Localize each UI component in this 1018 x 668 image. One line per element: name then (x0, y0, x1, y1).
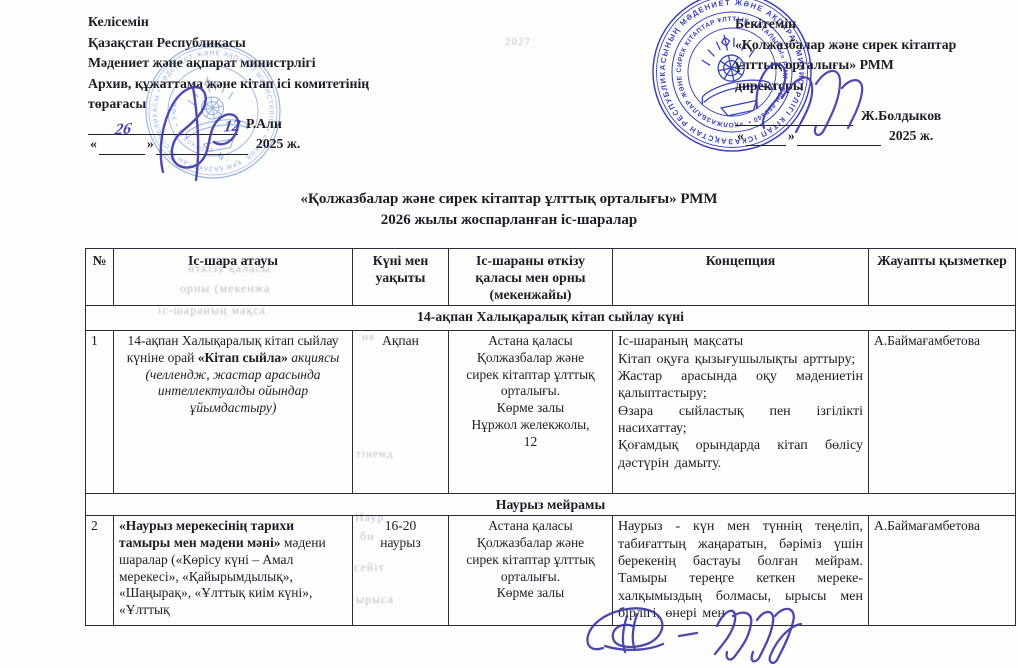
col-header-venue: Іс-шараны өткізу қаласы мен орны (мекенж… (449, 249, 613, 306)
signature-bottom-pair (575, 596, 865, 668)
col-header-responsible: Жауапты қызметкер (869, 249, 1016, 306)
col-header-num: № (86, 249, 114, 306)
row2-num: 2 (86, 516, 114, 625)
year-label-right: 2025 ж. (889, 126, 934, 147)
row1-concept-line: Жастар арасында оқу мәдениетін қалыптаст… (618, 368, 863, 403)
table-row: 1 14-ақпан Халықаралық кітап сыйлау күні… (86, 331, 1016, 494)
title-line-1: «Қолжазбалар және сирек кітаптар ұлттық … (0, 189, 1018, 210)
handwritten-day: 26 (113, 120, 132, 139)
events-plan-table: № Іс-шара атауы Күні мен уақыты Іс-шаран… (85, 248, 1016, 626)
row1-responsible: А.Баймағамбетова (869, 331, 1016, 494)
row2-event-name: «Наурыз мерекесінің тарихи тамыры мен мә… (114, 516, 353, 625)
quote-open: « (88, 134, 99, 155)
section-row-nauryz: Наурыз мейрамы (86, 494, 1016, 516)
section-row-february: 14-ақпан Халықаралық кітап сыйлау күні (86, 306, 1016, 331)
table-row: 2 «Наурыз мерекесінің тарихи тамыры мен … (86, 516, 1016, 625)
signature-right-approver (742, 48, 877, 143)
row1-event-name: 14-ақпан Халықаралық кітап сыйлау күніне… (114, 331, 353, 494)
section-title-nauryz: Наурыз мейрамы (86, 494, 1016, 516)
row1-date: Ақпан (353, 331, 449, 494)
approval-right-line: Бекітемін (735, 14, 1005, 35)
row1-num: 1 (86, 331, 114, 494)
signature-left-approver (138, 72, 268, 187)
title-line-2: 2026 жылы жоспарланған іс-шаралар (0, 210, 1018, 231)
approval-left-line: Қазақстан Республикасы (88, 33, 418, 54)
row1-venue: Астана қаласы Қолжазбалар және сирек кіт… (449, 331, 613, 494)
row1-name-bold: «Кітап сыйла» (198, 350, 288, 365)
row1-concept-line: Кітап оқуға қызығушылықты арттыру; (618, 351, 863, 368)
row1-concept-line: Іс-шараның мақсаты (618, 333, 863, 350)
scan-artifact: 2027 (505, 36, 531, 48)
row1-concept: Іс-шараның мақсаты Кітап оқуға қызығушыл… (613, 331, 869, 494)
row1-concept-line: Қоғамдық орындарда кітап бөлісу дәстүрін… (618, 437, 863, 472)
col-header-concept: Концепция (613, 249, 869, 306)
section-title-february: 14-ақпан Халықаралық кітап сыйлау күні (86, 306, 1016, 331)
approval-left-line: Келісемін (88, 12, 418, 33)
table-header-row: № Іс-шара атауы Күні мен уақыты Іс-шаран… (86, 249, 1016, 306)
col-header-date-time: Күні мен уақыты (353, 249, 449, 306)
col-header-event-name: Іс-шара атауы (114, 249, 353, 306)
row1-concept-line: Өзара сыйластық пен ізгілікті насихаттау… (618, 403, 863, 438)
row2-responsible: А.Баймағамбетова (869, 516, 1016, 625)
scanned-document-page: ҚАЗАҚСТАН РЕСПУБЛИКАСЫ • МӘДЕНИЕТ ЖӘНЕ А… (0, 0, 1018, 668)
document-title: «Қолжазбалар және сирек кітаптар ұлттық … (0, 189, 1018, 231)
approval-left-line: Мәдениет және ақпарат министрлігі (88, 53, 418, 74)
row2-date: 16-20 наурыз (353, 516, 449, 625)
row2-name-bold: «Наурыз мерекесінің тарихи тамыры мен мә… (119, 518, 294, 550)
